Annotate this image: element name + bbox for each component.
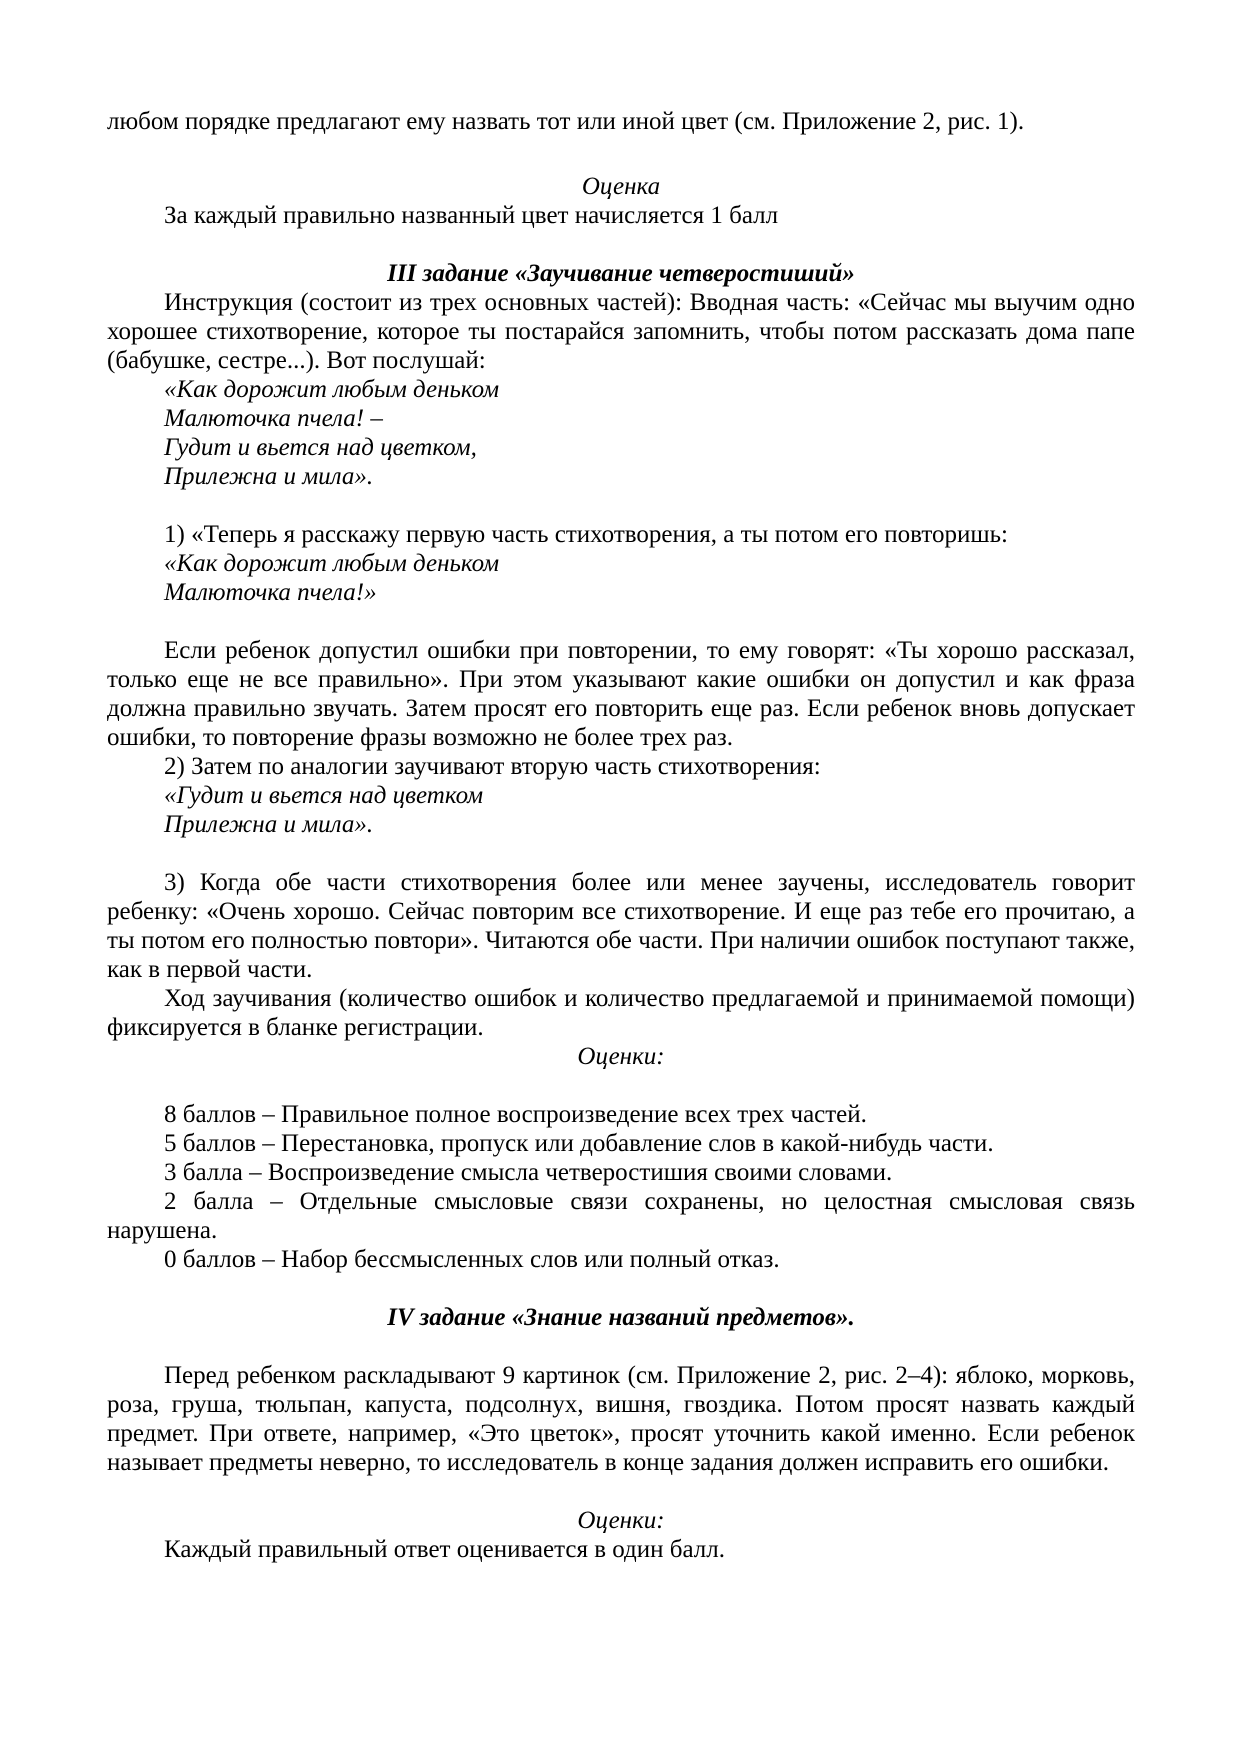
poem-line: Малюточка пчела!» [164, 578, 1135, 607]
poem-line: Прилежна и мила». [164, 810, 1135, 839]
document-page: любом порядке предлагают ему назвать тот… [0, 0, 1241, 1753]
score-item-5: 5 баллов – Перестановка, пропуск или доб… [107, 1129, 1135, 1158]
paragraph-step-2: 2) Затем по аналогии заучивают вторую ча… [107, 752, 1135, 781]
poem-line: Гудит и вьется над цветком, [164, 433, 1135, 462]
blank-line [107, 1477, 1135, 1506]
score-item-3: 3 балла – Воспроизведение смысла четверо… [107, 1158, 1135, 1187]
paragraph-task4-scoring-rule: Каждый правильный ответ оценивается в од… [107, 1535, 1135, 1564]
heading-task-3: III задание «Заучивание четверостиший» [107, 259, 1135, 288]
subheading-scores: Оценки: [107, 1506, 1135, 1535]
blank-line [107, 1071, 1135, 1100]
poem-line: «Как дорожит любым деньком [164, 375, 1135, 404]
blank-line [107, 230, 1135, 259]
blank-line [107, 1274, 1135, 1303]
paragraph-task3-instruction: Инструкция (состоит из трех основных час… [107, 288, 1135, 375]
blank-line [107, 1332, 1135, 1361]
paragraph-step-1: 1) «Теперь я расскажу первую часть стихо… [107, 520, 1135, 549]
paragraph-color-scoring-rule: За каждый правильно названный цвет начис… [107, 201, 1135, 230]
blank-line [107, 491, 1135, 520]
poem-line: «Гудит и вьется над цветком [164, 781, 1135, 810]
continued-paragraph: любом порядке предлагают ему назвать тот… [107, 107, 1135, 136]
paragraph-task4-instruction: Перед ребенком раскладывают 9 картинок (… [107, 1361, 1135, 1477]
blank-line [107, 136, 1135, 172]
poem-line: Прилежна и мила». [164, 462, 1135, 491]
paragraph-recording: Ход заучивания (количество ошибок и коли… [107, 984, 1135, 1042]
poem-line: Малюточка пчела! – [164, 404, 1135, 433]
blank-line [107, 839, 1135, 868]
score-item-0: 0 баллов – Набор бессмысленных слов или … [107, 1245, 1135, 1274]
paragraph-error-handling: Если ребенок допустил ошибки при повторе… [107, 636, 1135, 752]
heading-task-4: IV задание «Знание названий предметов». [107, 1303, 1135, 1332]
score-item-8: 8 баллов – Правильное полное воспроизвед… [107, 1100, 1135, 1129]
subheading-scores: Оценки: [107, 1042, 1135, 1071]
paragraph-step-3: 3) Когда обе части стихотворения более и… [107, 868, 1135, 984]
subheading-evaluation: Оценка [107, 172, 1135, 201]
blank-line [107, 607, 1135, 636]
poem-line: «Как дорожит любым деньком [164, 549, 1135, 578]
score-item-2: 2 балла – Отдельные смысловые связи сохр… [107, 1187, 1135, 1245]
